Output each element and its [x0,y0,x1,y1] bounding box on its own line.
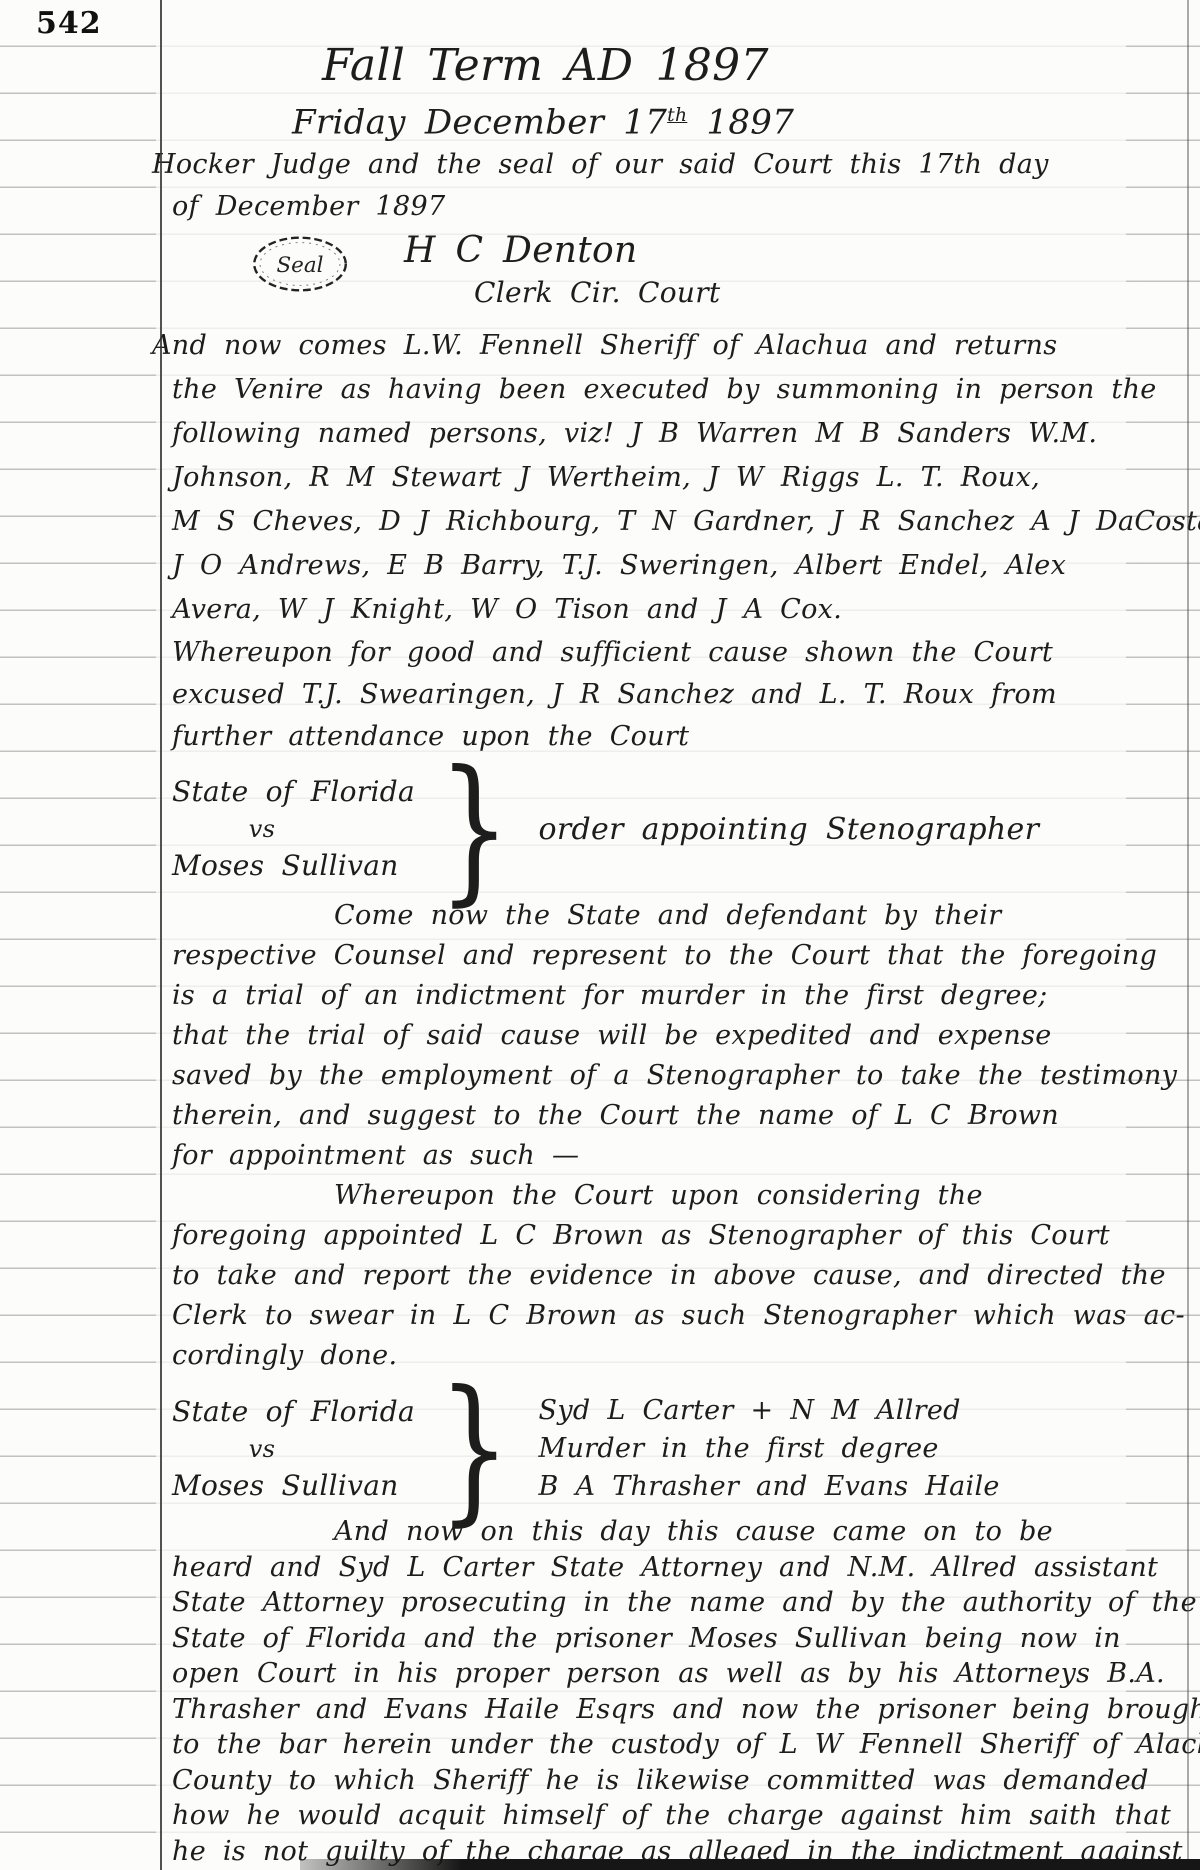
order-line: Clerk to swear in L C Brown as such Sten… [172,1296,1192,1336]
arraignment-line: County to which Sheriff he is likewise c… [172,1763,1192,1799]
counsel-line: Syd L Carter + N M Allred [539,1392,1000,1430]
defendant-name: Moses Sullivan [172,1466,424,1506]
arraignment-line: open Court in his proper person as well … [172,1656,1192,1692]
venire-return-paragraph: And now comes L.W. Fennell Sheriff of Al… [172,324,1192,632]
versus-label: vs [172,1432,352,1466]
venire-line: Johnson, R M Stewart J Wertheim, J W Rig… [172,456,1192,500]
venire-line: the Venire as having been executed by su… [172,368,1192,412]
venire-line: M S Cheves, D J Richbourg, T N Gardner, … [172,500,1192,544]
juror-excusal-paragraph: Whereupon for good and sufficient cause … [172,632,1192,758]
arraignment-paragraph: And now on this day this cause came on t… [172,1514,1192,1869]
defendant-name: Moses Sullivan [172,846,424,886]
case-caption-trial: State of Florida vs Moses Sullivan } Syd… [172,1392,1192,1506]
plaintiff-name: State of Florida [172,1392,424,1432]
arraignment-line: to the bar herein under the custody of L… [172,1727,1192,1763]
binding-shadow [300,1859,1200,1870]
date-ordinal: th [667,105,687,126]
order-line: therein, and suggest to the Court the na… [172,1096,1192,1136]
charge-line: Murder in the first degree [539,1430,1000,1468]
order-line: foregoing appointed L C Brown as Stenogr… [172,1216,1192,1256]
order-line: saved by the employment of a Stenographe… [172,1056,1192,1096]
venire-line: Avera, W J Knight, W O Tison and J A Cox… [172,588,1192,632]
excusal-line: Whereupon for good and sufficient cause … [172,632,1192,674]
margin-rule-line [160,0,162,1870]
court-record-page: 542 Fall Term AD 1897 Friday December 17… [0,0,1200,1870]
order-line: respective Counsel and represent to the … [172,936,1192,976]
arraignment-line: heard and Syd L Carter State Attorney an… [172,1550,1192,1586]
page-number: 542 [36,6,102,41]
clerk-signature: H C Denton [404,228,1192,274]
plaintiff-name: State of Florida [172,772,424,812]
arraignment-line: Thrasher and Evans Haile Esqrs and now t… [172,1692,1192,1728]
arraignment-line: State of Florida and the prisoner Moses … [172,1621,1192,1657]
versus-label: vs [172,812,352,846]
date-heading: Friday December 17th 1897 [292,94,1192,144]
order-line: is a trial of an indictment for murder i… [172,976,1192,1016]
date-prefix: Friday December 17 [292,102,667,142]
order-line: cordingly done. [172,1336,1192,1376]
case-parties: State of Florida vs Moses Sullivan [172,1392,424,1506]
court-seal: Seal [246,226,354,302]
case-parties: State of Florida vs Moses Sullivan [172,772,424,886]
order-line: Whereupon the Court upon considering the [172,1176,1192,1216]
order-line: to take and report the evidence in above… [172,1256,1192,1296]
attestation-line: Hocker Judge and the seal of our said Co… [152,144,1192,186]
arraignment-line: State Attorney prosecuting in the name a… [172,1585,1192,1621]
term-heading: Fall Term AD 1897 [322,38,1192,94]
caption-brace: } [438,1393,510,1505]
stenographer-order-paragraph: Come now the State and defendant by thei… [172,896,1192,1376]
excusal-line: excused T.J. Swearingen, J R Sanchez and… [172,674,1192,716]
seal-label: Seal [277,253,324,278]
arraignment-line: how he would acquit himself of the charg… [172,1798,1192,1834]
arraignment-line: And now on this day this cause came on t… [172,1514,1192,1550]
clerk-title: Clerk Cir. Court [474,274,1192,312]
order-title: order appointing Stenographer [539,812,1040,847]
order-line: that the trial of said cause will be exp… [172,1016,1192,1056]
venire-line: following named persons, viz! J B Warren… [172,412,1192,456]
attestation-line: of December 1897 [172,186,1192,228]
venire-line: J O Andrews, E B Barry, T.J. Sweringen, … [172,544,1192,588]
order-line: for appointment as such — [172,1136,1192,1176]
venire-line: And now comes L.W. Fennell Sheriff of Al… [152,324,1192,368]
page-edge-line [1187,0,1189,1870]
excusal-line: further attendance upon the Court [172,716,1192,758]
date-year: 1897 [687,102,794,142]
caption-brace: } [438,773,510,885]
left-margin-ruled-lines [0,0,156,1870]
case-caption-stenographer: State of Florida vs Moses Sullivan } ord… [172,772,1192,886]
counsel-line: B A Thrasher and Evans Haile [539,1468,1000,1506]
attestation-paragraph: Hocker Judge and the seal of our said Co… [172,144,1192,228]
order-line: Come now the State and defendant by thei… [172,896,1192,936]
